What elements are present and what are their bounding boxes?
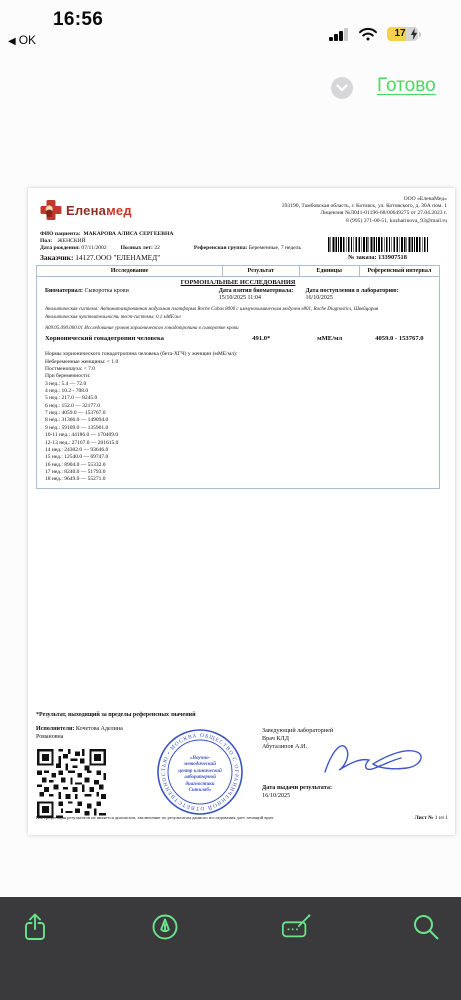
- patient-info: ФИО пациента: МАКАРОВА АЛИСА СЕРГЕЕВНА П…: [40, 231, 320, 261]
- executor-block: Исполнители: Кочетова Аделина Романовна: [36, 726, 134, 741]
- done-button[interactable]: Готово: [377, 75, 436, 97]
- norm-line: 16 нед.: 8904.0 — 55332.0: [45, 462, 431, 469]
- company-info: ООО «ЕленаМед» 393190, Тамбовская област…: [282, 196, 447, 225]
- result-units: мМЕ/мл: [300, 335, 360, 342]
- company-license: Лицензия №Л041-01196-68/00649275 от 27.0…: [282, 210, 447, 217]
- stamp-center-text: «Научно- методический центр клинической …: [156, 728, 244, 816]
- analytic-sensitivity: Аналитическая чувствительность тест-сист…: [45, 315, 431, 321]
- order-number: 133907518: [378, 254, 407, 261]
- status-bar: 16:56 ◀OK 17: [0, 0, 461, 60]
- disclaimer: Интерпретация результатов не является ди…: [36, 815, 274, 820]
- sheet-counter: Лист № 1 из 1: [415, 815, 448, 821]
- norm-line: 7 нед.: 4059.0 — 153767.0: [45, 410, 431, 417]
- norm-line: 8 нед.: 31366.0 — 149094.0: [45, 417, 431, 424]
- search-button[interactable]: [411, 911, 441, 943]
- result-ref-interval: 4059.0 - 153767.0: [360, 335, 439, 342]
- company-address: 393190, Тамбовская область, г. Котовск, …: [282, 203, 447, 210]
- taken-date: 15/10/2025 11:04: [219, 295, 306, 301]
- norms-title: Нормы хорионического гонадотропина челов…: [45, 351, 431, 358]
- company-contacts: 8 (995) 371-00-51, kozharinova_93@mail.r…: [282, 218, 447, 225]
- battery-icon: 17: [387, 27, 423, 41]
- qr-code: [37, 749, 106, 818]
- document-footer: Интерпретация результатов не является ди…: [36, 815, 448, 821]
- order-barcode: [328, 237, 428, 252]
- back-to-app-button[interactable]: ◀OK: [8, 33, 36, 47]
- search-icon: [412, 913, 440, 941]
- collapse-button[interactable]: [331, 77, 353, 99]
- markup-icon: [151, 913, 179, 941]
- signature: [319, 734, 427, 782]
- norm-line: Постменопауза: < 7.0: [45, 366, 431, 373]
- norm-line: 4 нед.: 10.2 - 708.0: [45, 388, 431, 395]
- fill-sign-button[interactable]: [281, 911, 311, 943]
- norm-line: 17 нед.: 8240.0 — 51793.0: [45, 469, 431, 476]
- share-button[interactable]: [20, 911, 50, 943]
- norms-list: Нормы хорионического гонадотропина челов…: [37, 343, 439, 487]
- norm-line: 9 нед.: 59109.0 — 135901.0: [45, 425, 431, 432]
- clinic-name: Еленамед: [66, 203, 132, 218]
- patient-sex: ЖЕНСКИЙ: [58, 238, 86, 244]
- back-app-label: OK: [19, 33, 36, 47]
- col-header-study: Исследование: [37, 266, 223, 276]
- patient-name: МАКАРОВА АЛИСА СЕРГЕЕВНА: [83, 231, 173, 237]
- norm-line: 5 нед.: 217.0 — 8245.0: [45, 395, 431, 402]
- norm-line: 18 нед.: 9649.0 — 55271.0: [45, 476, 431, 483]
- order-block: № заказа: 133907518: [325, 237, 430, 261]
- col-header-units: Единицы: [300, 266, 360, 276]
- clock: 16:56: [53, 9, 103, 31]
- section-title: ГОРМОНАЛЬНЫЕ ИССЛЕДОВАНИЯ: [37, 277, 439, 287]
- patient-dob: 07/11/2002: [81, 245, 106, 251]
- col-header-ref: Референсный интервал: [360, 266, 439, 276]
- lab-stamp: ОБЩЕСТВО С ОГРАНИЧЕННОЙ ОТВЕТСТВЕННОСТЬЮ…: [156, 728, 244, 816]
- bottom-toolbar: [0, 897, 461, 1000]
- norm-line: При беременности:: [45, 373, 431, 380]
- norm-line: 6 нед.: 152.0 — 32177.0: [45, 403, 431, 410]
- col-header-result: Результат: [223, 266, 299, 276]
- norm-line: 10-11 нед.: 44186.0 — 170409.0: [45, 432, 431, 439]
- clinic-cross-icon: [40, 199, 62, 222]
- test-code-line: A09.05.090.000.01 Исследование уровня хо…: [45, 326, 431, 332]
- result-value: 491.0*: [223, 335, 299, 342]
- signing-area: Исполнители: Кочетова Аделина Романовна: [36, 726, 448, 822]
- received-date: 16/10/2025: [306, 295, 431, 301]
- analytic-system: Аналитическая система: Автоматизированна…: [45, 307, 431, 313]
- document-page: Еленамед ООО «ЕленаМед» 393190, Тамбовск…: [28, 188, 455, 835]
- document-viewer[interactable]: Еленамед ООО «ЕленаМед» 393190, Тамбовск…: [0, 110, 461, 898]
- back-chevron-icon: ◀: [8, 36, 16, 47]
- patient-age: 22: [154, 245, 160, 251]
- fill-sign-icon: [281, 913, 311, 941]
- biomaterial-value: Сыворотка крови: [85, 288, 129, 294]
- wifi-icon: [358, 27, 378, 41]
- result-name: Хорионический гонадотропин человека: [37, 335, 223, 342]
- norm-line: Небеременные женщины: < 1.0: [45, 359, 431, 366]
- norm-line: 14 нед.: 24302.0 — 93646.0: [45, 447, 431, 454]
- biomaterial-row: Биоматериал: Сыворотка крови Дата взятия…: [37, 287, 439, 305]
- norm-line: 3 нед.: 5.4 — 72.0: [45, 381, 431, 388]
- table-header-row: Исследование Результат Единицы Референсн…: [37, 266, 439, 277]
- chevron-down-icon: [336, 84, 348, 92]
- issue-date-block: Дата выдачи результата: 16/10/2025: [262, 784, 332, 800]
- clinic-logo: Еленамед: [40, 196, 132, 225]
- issue-date: 16/10/2025: [262, 792, 332, 800]
- customer-value: 14127.ООО "ЕЛЕНАМЕД": [75, 253, 160, 262]
- norm-line: 15 нед.: 12540.0 — 69747.0: [45, 454, 431, 461]
- markup-button[interactable]: [150, 911, 180, 943]
- analytic-notes: Аналитическая система: Автоматизированна…: [37, 304, 439, 331]
- norm-line: 12-13 нед.: 27107.0 — 201615.0: [45, 440, 431, 447]
- document-header: Еленамед ООО «ЕленаМед» 393190, Тамбовск…: [40, 196, 447, 225]
- result-row: Хорионический гонадотропин человека 491.…: [37, 334, 439, 343]
- cellular-signal-icon: [329, 28, 351, 41]
- share-icon: [22, 912, 48, 942]
- out-of-range-footnote: *Результат, выходящий за пределы референ…: [36, 712, 196, 718]
- battery-bolt-icon: [410, 28, 418, 40]
- results-table: Исследование Результат Единицы Референсн…: [36, 265, 440, 489]
- patient-refgroup: Беременные, 7 недель: [249, 245, 301, 251]
